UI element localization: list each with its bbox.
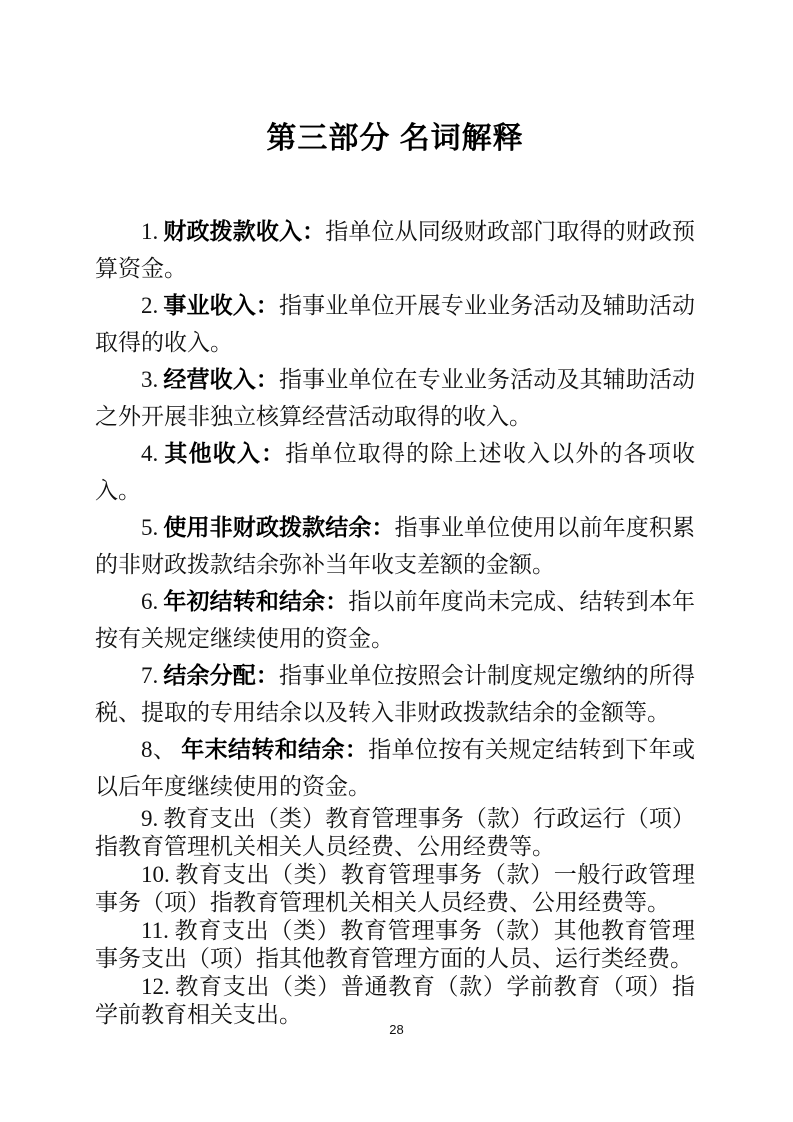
item-term: 年末结转和结余： xyxy=(181,737,368,762)
item-number: 12. xyxy=(141,974,170,999)
page-number: 28 xyxy=(0,1022,793,1037)
glossary-item-5: 5.使用非财政拨款结余：指事业单位使用以前年度积累的非财政拨款结余弥补当年收支差… xyxy=(95,509,695,583)
glossary-item-4: 4.其他收入：指单位取得的除上述收入以外的各项收入。 xyxy=(95,435,695,509)
glossary-item-11: 11.教育支出（类）教育管理事务（款）其他教育管理事务支出（项）指其他教育管理方… xyxy=(95,917,695,973)
item-term: 财政拨款收入： xyxy=(163,219,325,244)
item-term: 使用非财政拨款结余： xyxy=(163,515,394,540)
item-term: 事业收入： xyxy=(163,293,279,318)
glossary-item-1: 1.财政拨款收入：指单位从同级财政部门取得的财政预算资金。 xyxy=(95,213,695,287)
item-definition: 教育支出（类）教育管理事务（款）一般行政管理事务（项）指教育管理机关相关人员经费… xyxy=(95,862,695,915)
item-number: 8、 xyxy=(141,737,176,762)
glossary-item-8: 8、年末结转和结余：指单位按有关规定结转到下年或以后年度继续使用的资金。 xyxy=(95,731,695,805)
item-term: 结余分配： xyxy=(163,663,279,688)
glossary-item-3: 3.经营收入：指事业单位在专业业务活动及其辅助活动之外开展非独立核算经营活动取得… xyxy=(95,361,695,435)
item-number: 10. xyxy=(141,862,170,887)
page-title: 第三部分 名词解释 xyxy=(95,118,695,159)
item-number: 9. xyxy=(141,806,158,831)
item-number: 7. xyxy=(141,663,158,688)
glossary-item-2: 2.事业收入：指事业单位开展专业业务活动及辅助活动取得的收入。 xyxy=(95,287,695,361)
item-number: 1. xyxy=(141,219,158,244)
item-definition: 教育支出（类）教育管理事务（款）其他教育管理事务支出（项）指其他教育管理方面的人… xyxy=(95,918,695,971)
item-number: 5. xyxy=(141,515,158,540)
glossary-item-6: 6.年初结转和结余：指以前年度尚未完成、结转到本年按有关规定继续使用的资金。 xyxy=(95,583,695,657)
item-number: 3. xyxy=(141,367,158,392)
item-number: 11. xyxy=(141,918,169,943)
item-term: 经营收入： xyxy=(163,367,279,392)
item-number: 2. xyxy=(141,293,158,318)
glossary-item-12: 12.教育支出（类）普通教育（款）学前教育（项）指学前教育相关支出。 xyxy=(95,973,695,1029)
item-definition: 教育支出（类）教育管理事务（款）行政运行（项）指教育管理机关相关人员经费、公用经… xyxy=(95,806,695,859)
item-definition: 教育支出（类）普通教育（款）学前教育（项）指学前教育相关支出。 xyxy=(95,974,695,1027)
item-term: 年初结转和结余： xyxy=(163,589,348,614)
document-body: 第三部分 名词解释 1.财政拨款收入：指单位从同级财政部门取得的财政预算资金。 … xyxy=(95,118,695,1029)
glossary-item-9: 9.教育支出（类）教育管理事务（款）行政运行（项）指教育管理机关相关人员经费、公… xyxy=(95,805,695,861)
item-number: 6. xyxy=(141,589,158,614)
item-number: 4. xyxy=(141,441,158,466)
item-term: 其他收入： xyxy=(163,441,285,466)
glossary-item-10: 10.教育支出（类）教育管理事务（款）一般行政管理事务（项）指教育管理机关相关人… xyxy=(95,861,695,917)
document-page: 第三部分 名词解释 1.财政拨款收入：指单位从同级财政部门取得的财政预算资金。 … xyxy=(0,0,793,1122)
glossary-item-7: 7.结余分配：指事业单位按照会计制度规定缴纳的所得税、提取的专用结余以及转入非财… xyxy=(95,657,695,731)
